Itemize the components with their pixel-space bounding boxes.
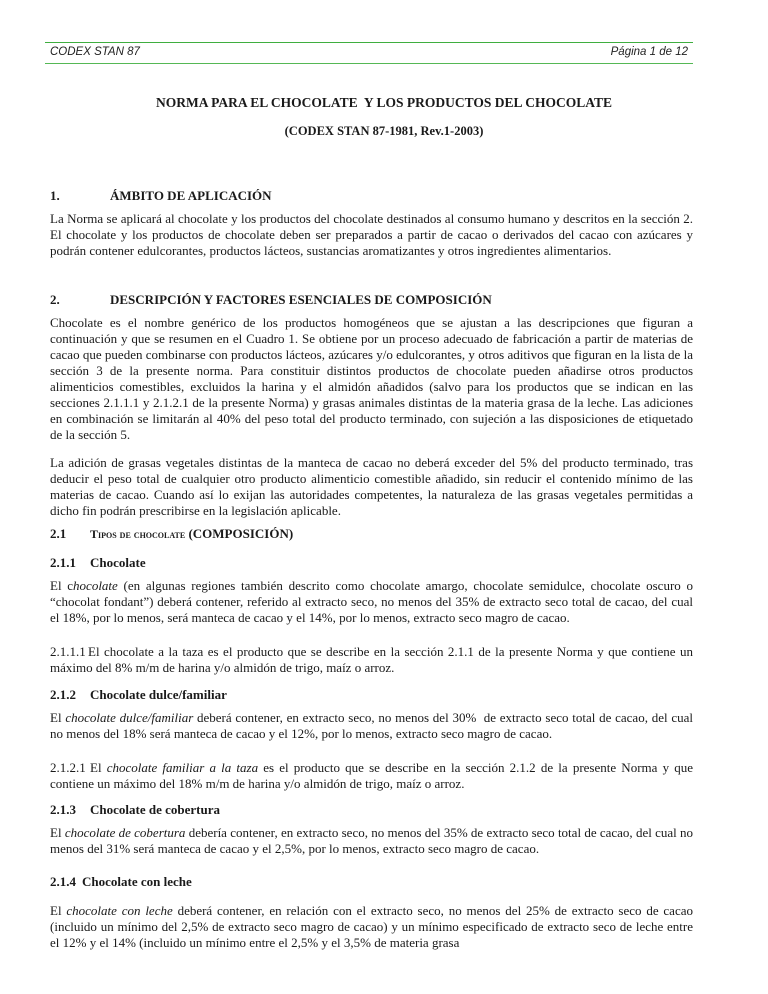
italic-term: hocolate (73, 578, 118, 593)
text: El (90, 760, 107, 775)
section-title-rest: (COMPOSICIÓN) (185, 526, 293, 541)
text: El chocolate a la taza es el producto qu… (50, 644, 693, 675)
section-title: DESCRIPCIÓN Y FACTORES ESENCIALES DE COM… (110, 292, 492, 307)
text: El (50, 825, 65, 840)
italic-term: chocolate con leche (66, 903, 172, 918)
italic-term: chocolate dulce/familiar (65, 710, 193, 725)
document-subtitle: (CODEX STAN 87-1981, Rev.1-2003) (0, 124, 768, 139)
section-title: ÁMBITO DE APLICACIÓN (110, 188, 272, 203)
italic-term: chocolate familiar a la taza (107, 760, 258, 775)
section-1-body: La Norma se aplicará al chocolate y los … (50, 211, 693, 259)
section-number: 2.1.4 (50, 874, 82, 890)
section-2-1-3-body: El chocolate de cobertura debería conten… (50, 825, 693, 857)
text: El c (50, 578, 73, 593)
italic-term: chocolate de cobertura (65, 825, 186, 840)
section-1-heading: 1.ÁMBITO DE APLICACIÓN (50, 188, 272, 204)
section-2-heading: 2.DESCRIPCIÓN Y FACTORES ESENCIALES DE C… (50, 292, 492, 308)
paragraph: La adición de grasas vegetales distintas… (50, 455, 693, 519)
page-header: CODEX STAN 87 Página 1 de 12 (45, 42, 693, 64)
section-2-body: Chocolate es el nombre genérico de los p… (50, 315, 693, 443)
section-2-1-4-body: El chocolate con leche deberá contener, … (50, 903, 693, 951)
section-2-1-2-body: El chocolate dulce/familiar deberá conte… (50, 710, 693, 742)
section-number: 2. (50, 292, 110, 308)
text: (en algunas regiones también descrito co… (50, 578, 693, 625)
header-page-number: Página 1 de 12 (611, 46, 688, 58)
text: El (50, 903, 66, 918)
section-title: Chocolate (90, 555, 146, 570)
section-title-smallcaps: Tipos de chocolate (90, 527, 185, 541)
section-2-1-2-heading: 2.1.2Chocolate dulce/familiar (50, 687, 227, 703)
section-title: Chocolate con leche (82, 874, 192, 889)
header-doc-code: CODEX STAN 87 (50, 46, 140, 58)
paragraph: La Norma se aplicará al chocolate y los … (50, 211, 693, 259)
section-2-body-2: La adición de grasas vegetales distintas… (50, 455, 693, 519)
section-2-1-heading: 2.1Tipos de chocolate (COMPOSICIÓN) (50, 526, 293, 542)
section-title: Chocolate de cobertura (90, 802, 220, 817)
subsection-number: 2.1.1.1 (50, 644, 88, 660)
section-number: 1. (50, 188, 110, 204)
section-number: 2.1.3 (50, 802, 90, 818)
section-2-1-4-heading: 2.1.4Chocolate con leche (50, 874, 192, 890)
document-page: CODEX STAN 87 Página 1 de 12 NORMA PARA … (0, 0, 768, 994)
subsection-number: 2.1.2.1 (50, 760, 90, 776)
section-number: 2.1.2 (50, 687, 90, 703)
section-2-1-1-1: 2.1.1.1El chocolate a la taza es el prod… (50, 644, 693, 676)
section-2-1-1-heading: 2.1.1Chocolate (50, 555, 146, 571)
section-2-1-2-1: 2.1.2.1El chocolate familiar a la taza e… (50, 760, 693, 792)
section-title: Chocolate dulce/familiar (90, 687, 227, 702)
section-2-1-3-heading: 2.1.3Chocolate de cobertura (50, 802, 220, 818)
paragraph: Chocolate es el nombre genérico de los p… (50, 315, 693, 443)
section-number: 2.1.1 (50, 555, 90, 571)
document-title: NORMA PARA EL CHOCOLATE Y LOS PRODUCTOS … (0, 95, 768, 111)
section-number: 2.1 (50, 526, 90, 542)
section-2-1-1-body: El chocolate (en algunas regiones tambié… (50, 578, 693, 626)
text: El (50, 710, 65, 725)
